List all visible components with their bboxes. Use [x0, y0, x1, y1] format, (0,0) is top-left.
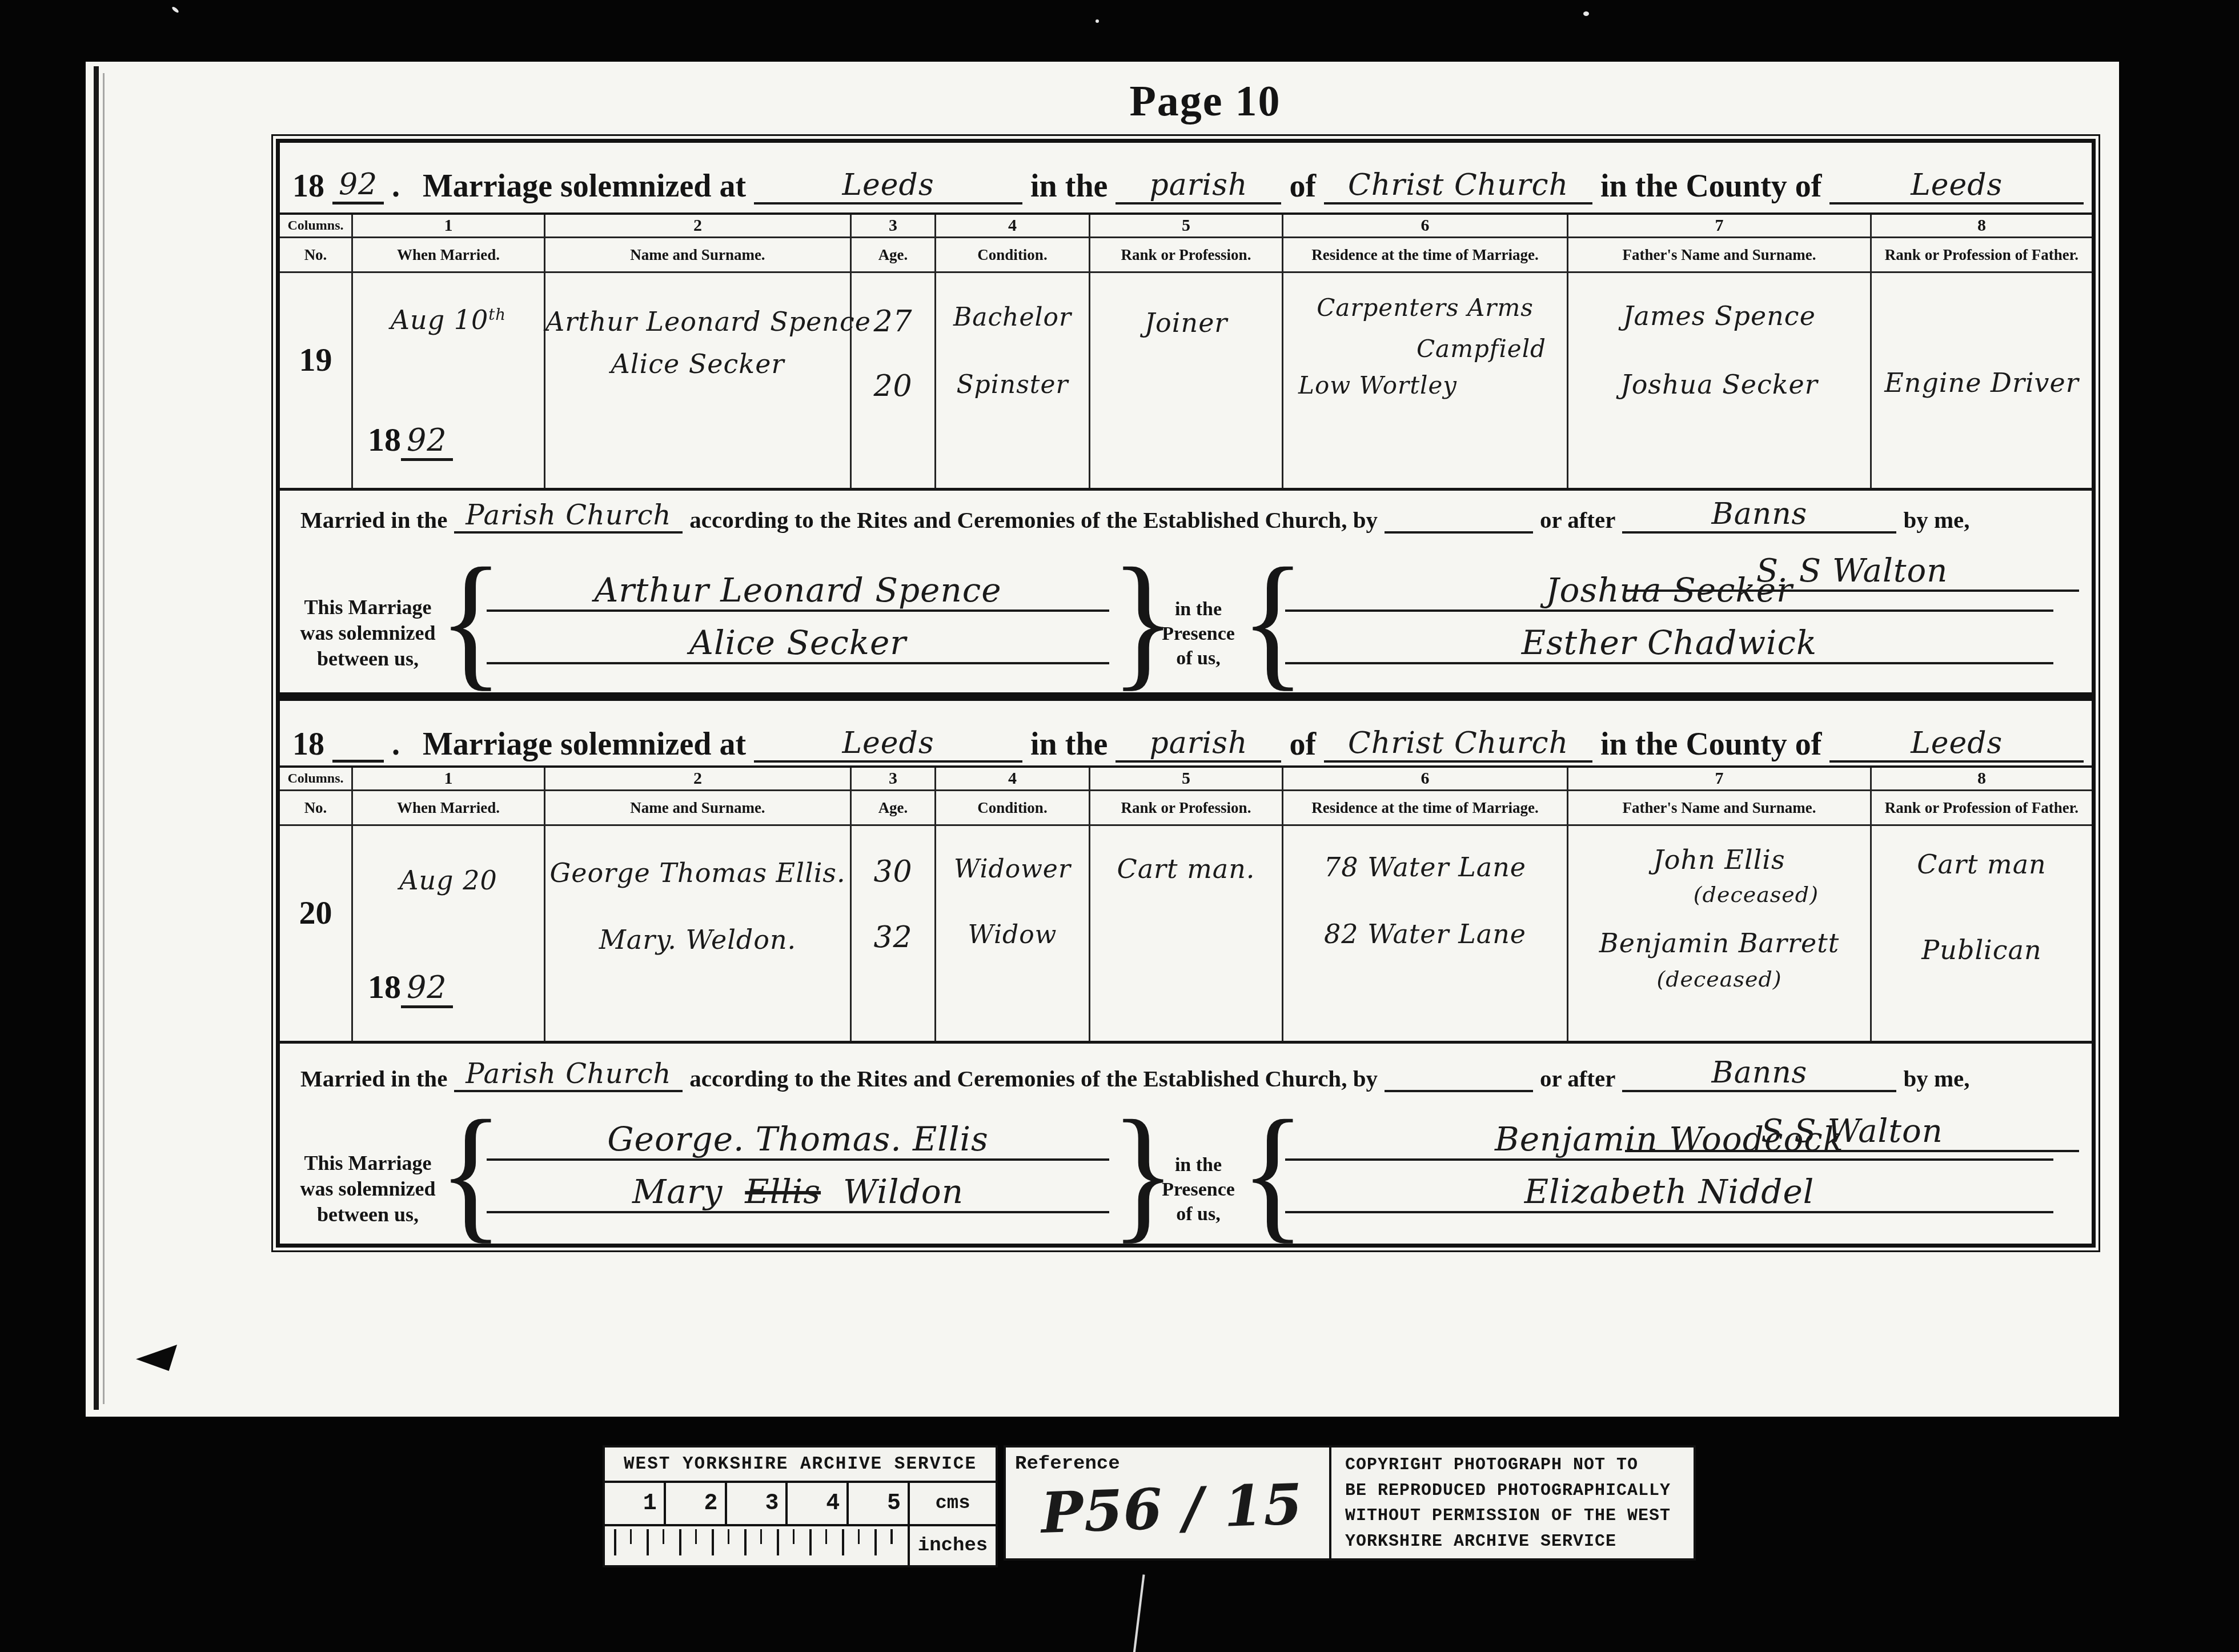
by-me-label: by me,: [1903, 506, 1969, 534]
entry2-church-line: Parish Church: [454, 1057, 683, 1092]
or-after-label-2: or after: [1540, 1065, 1615, 1092]
col-names-2: 2 Name and Surname. George Thomas Ellis.…: [544, 768, 850, 1041]
entry1-by-blank-line: [1385, 498, 1533, 534]
col-profession-2: 5 Rank or Profession. Cart man.: [1089, 768, 1282, 1041]
entry1-cell-year-printed: 18: [368, 421, 401, 458]
entry1-names-cell: Arthur Leonard Spence Alice Secker: [545, 273, 850, 488]
col-father-name: 7 Father's Name and Surname. James Spenc…: [1567, 215, 1870, 488]
entry1-marriage-date: Aug 10th: [353, 304, 544, 335]
scanned-photograph: Page 10 1892. Marriage solemnized at Lee…: [0, 0, 2239, 1652]
entry1-year-printed: 18: [292, 168, 324, 205]
entry2-marriage-date: Aug 20: [353, 865, 544, 896]
reference-copyright-box: Reference P56 / 15 COPYRIGHT PHOTOGRAPH …: [1004, 1445, 1696, 1561]
entry2-couple-signatures: George. Thomas. Ellis Mary Ellis Wildon: [487, 1112, 1109, 1213]
entry1-place: Leeds: [842, 168, 934, 202]
entry2-fathers-cell: John Ellis (deceased) Benjamin Barrett (…: [1568, 826, 1870, 1041]
entry2-residence-1: 78 Water Lane: [1283, 852, 1567, 883]
entry1-profession: Joiner: [1090, 307, 1282, 338]
cm-mark-4: 4: [788, 1483, 849, 1524]
col2-number: 2: [545, 215, 850, 238]
entry1-profession-cell: Joiner: [1090, 273, 1282, 488]
this-marriage-label: This Marriage was solemnized between us,: [295, 595, 441, 672]
archive-ruler-box: WEST YORKSHIRE ARCHIVE SERVICE 1 2 3 4 5…: [603, 1445, 998, 1567]
scan-speck: [1583, 11, 1589, 16]
entry1-cell-year-hand: 92: [401, 422, 453, 461]
entry1-bride-father: Joshua Secker: [1568, 369, 1870, 400]
entry2-bride-father: Benjamin Barrett: [1568, 928, 1870, 959]
entry2-groom-name: George Thomas Ellis.: [545, 857, 850, 888]
by-me-label-2: by me,: [1903, 1065, 1969, 1092]
col-father-profession: 8 Rank or Profession of Father. Engine D…: [1870, 215, 2092, 488]
presence-2-l3: of us,: [1155, 1202, 1242, 1226]
married-in-the-label-2: Married in the: [300, 1065, 447, 1092]
entry1-year-cell-line: 1892: [353, 420, 544, 459]
page-edge-mark: [136, 1345, 177, 1371]
entry2-residence-cell: 78 Water Lane 82 Water Lane: [1283, 826, 1567, 1041]
entry2-by-blank-line: [1385, 1057, 1533, 1092]
in-the-label-2: in the: [1030, 726, 1108, 763]
col6-number: 6: [1283, 215, 1567, 238]
marriage-register-table: 1892. Marriage solemnized at Leeds in th…: [276, 139, 2096, 1248]
entry2-bride-sig-struck: Ellis: [745, 1172, 821, 1211]
entry1-witness2-signature: Esther Chadwick: [1285, 612, 2053, 664]
col-when-married-label-2: When Married.: [353, 791, 544, 826]
col-no-label: No.: [280, 238, 351, 273]
copyright-line-1: COPYRIGHT PHOTOGRAPH NOT TO: [1345, 1455, 1694, 1475]
cm-scale-row: 1 2 3 4 5 cms: [605, 1483, 996, 1526]
in-the-label: in the: [1030, 168, 1108, 205]
col-names-label: Name and Surname.: [545, 238, 850, 273]
scan-speck: [1096, 19, 1099, 23]
col-when-married-2: 1 When Married. Aug 20 1892: [351, 768, 544, 1041]
entries-separator-rule: [276, 692, 2096, 701]
entry2-signature-block: This Marriage was solemnized between us,…: [280, 1108, 2092, 1222]
entry2-names-cell: George Thomas Ellis. Mary. Weldon.: [545, 826, 850, 1041]
entry1-groom-age: 27: [852, 304, 934, 339]
reference-panel: Reference P56 / 15: [1006, 1447, 1331, 1558]
entry2-groom-signature: George. Thomas. Ellis: [487, 1112, 1109, 1161]
film-scratch-line: [1133, 1574, 1145, 1652]
this-marriage-2-l2: was solemnized: [295, 1176, 441, 1202]
entry1-date-cell: Aug 10th 1892: [353, 273, 544, 488]
entry2-groom-father: John Ellis: [1568, 844, 1870, 875]
entry1-residence-cell: Carpenters Arms Campfield Low Wortley: [1283, 273, 1567, 488]
inch-scale-row: inches: [605, 1526, 996, 1565]
col-names-label-2: Name and Surname.: [545, 791, 850, 826]
entry1-parish-line: Christ Church: [1324, 168, 1592, 205]
entry2-year-period: .: [392, 726, 400, 763]
inch-ruler-ticks: [605, 1526, 910, 1565]
col-no-2: Columns. No. 20: [280, 768, 351, 1041]
entry2-groom-age: 30: [852, 855, 934, 889]
entry2-profession: Cart man.: [1090, 853, 1282, 884]
married-in-the-label: Married in the: [300, 506, 447, 534]
col8-number: 8: [1872, 215, 2092, 238]
entry1-banns-line: Banns: [1622, 497, 1896, 534]
entry2-residence-2: 82 Water Lane: [1283, 919, 1567, 949]
entry1-year-period: .: [392, 168, 400, 205]
entry2-groom-condition: Widower: [936, 855, 1089, 884]
entry1-parish: Christ Church: [1348, 168, 1568, 202]
col4-number-2: 4: [936, 768, 1089, 791]
entry2-columns-grid: Columns. No. 20 1 When Married. Aug 20 1…: [280, 765, 2092, 1044]
entry1-fathers-cell: James Spence Joshua Secker: [1568, 273, 1870, 488]
entry2-place: Leeds: [842, 726, 934, 760]
col-father-name-2: 7 Father's Name and Surname. John Ellis …: [1567, 768, 1870, 1041]
marriage-solemnized-label: Marriage solemnized at: [423, 168, 746, 205]
copyright-line-3: WITHOUT PERMISSION OF THE WEST: [1345, 1506, 1694, 1526]
col-profession-label: Rank or Profession.: [1090, 238, 1282, 273]
entry2-bride-signature: Mary Ellis Wildon: [487, 1161, 1109, 1213]
this-marriage-2-l1: This Marriage: [295, 1150, 441, 1176]
col-no: Columns. No. 19: [280, 215, 351, 488]
this-marriage-label-2: This Marriage was solemnized between us,: [295, 1150, 441, 1228]
entry1-church: Parish Church: [466, 499, 671, 531]
col2-number-2: 2: [545, 768, 850, 791]
entry2-ages-cell: 30 32: [852, 826, 934, 1041]
entry2-bride-sig-last: Wildon: [843, 1172, 964, 1211]
entry1-no: 19: [280, 340, 351, 379]
entry2-year-hand: [332, 760, 384, 763]
col5-number-2: 5: [1090, 768, 1282, 791]
entry1-witness1-signature: Joshua Secker: [1285, 563, 2053, 612]
entry1-county: Leeds: [1911, 168, 2003, 202]
this-marriage-l2: was solemnized: [295, 620, 441, 646]
col-when-married-label: When Married.: [353, 238, 544, 273]
entry1-groom-father: James Spence: [1568, 300, 1870, 331]
according-clause-label-2: according to the Rites and Ceremonies of…: [689, 1065, 1378, 1092]
entry2-parish-word-line: parish: [1116, 726, 1281, 763]
entry2-year-printed: 18: [292, 726, 324, 763]
col-condition: 4 Condition. Bachelor Spinster: [934, 215, 1089, 488]
entry2-witness2-signature: Elizabeth Niddel: [1285, 1161, 2053, 1213]
entry2-parish-word: parish: [1149, 726, 1247, 760]
entry1-bride-age: 20: [852, 369, 934, 403]
of-label: of: [1289, 168, 1316, 205]
col4-number: 4: [936, 215, 1089, 238]
of-label-2: of: [1289, 726, 1316, 763]
entry2-cell-year-printed: 18: [368, 968, 401, 1005]
entry1-header-line: 1892. Marriage solemnized at Leeds in th…: [292, 147, 2084, 205]
entry1-parish-word-line: parish: [1116, 168, 1281, 205]
entry2-banns-line: Banns: [1622, 1056, 1896, 1092]
entry1-county-line: Leeds: [1829, 168, 2084, 205]
marriage-solemnized-label-2: Marriage solemnized at: [423, 726, 746, 763]
columns-corner-label-2: Columns.: [280, 768, 351, 791]
entry2-father-prof-cell: Cart man Publican: [1872, 826, 2092, 1041]
entry2-groom-father-note: (deceased): [1568, 882, 1870, 907]
entry2-ceremony-line: Married in the Parish Church according t…: [300, 1044, 2084, 1092]
col-father-name-label: Father's Name and Surname.: [1568, 238, 1870, 273]
entry1-banns: Banns: [1711, 497, 1807, 531]
col-condition-2: 4 Condition. Widower Widow: [934, 768, 1089, 1041]
scan-speck: [171, 6, 180, 14]
entry2-condition-cell: Widower Widow: [936, 826, 1089, 1041]
copyright-line-4: YORKSHIRE ARCHIVE SERVICE: [1345, 1532, 1694, 1551]
copyright-line-2: BE REPRODUCED PHOTOGRAPHICALLY: [1345, 1481, 1694, 1501]
archive-service-title: WEST YORKSHIRE ARCHIVE SERVICE: [605, 1447, 996, 1483]
col-age: 3 Age. 27 20: [850, 215, 934, 488]
entry1-place-line: Leeds: [754, 168, 1022, 205]
entry2-header-line: 18. Marriage solemnized at Leeds in the …: [292, 705, 2084, 763]
copyright-panel: COPYRIGHT PHOTOGRAPH NOT TO BE REPRODUCE…: [1331, 1447, 1694, 1558]
entry2-groom-father-profession: Cart man: [1872, 849, 2092, 880]
entry2-county: Leeds: [1911, 726, 2003, 760]
inches-unit-label: inches: [910, 1526, 996, 1565]
col8-number-2: 8: [1872, 768, 2092, 791]
cm-mark-1: 1: [605, 1483, 666, 1524]
entry1-signature-block: This Marriage was solemnized between us,…: [280, 563, 2092, 677]
entry2-parish-line: Christ Church: [1324, 726, 1592, 763]
in-county-of-label-2: in the County of: [1600, 726, 1821, 763]
entry1-ages-cell: 27 20: [852, 273, 934, 488]
entry2-church: Parish Church: [466, 1058, 671, 1090]
entry1-bride-father-profession: Engine Driver: [1872, 367, 2092, 398]
presence-label-2: in the Presence of us,: [1155, 1153, 1242, 1226]
or-after-label: or after: [1540, 506, 1615, 534]
this-marriage-2-l3: between us,: [295, 1202, 441, 1228]
entry1-couple-signatures: Arthur Leonard Spence Alice Secker: [487, 563, 1109, 664]
cm-mark-5: 5: [849, 1483, 910, 1524]
col-father-name-label-2: Father's Name and Surname.: [1568, 791, 1870, 826]
entry2-bride-father-profession: Publican: [1872, 935, 2092, 965]
entry2-bride-name: Mary. Weldon.: [545, 924, 850, 955]
cm-mark-2: 2: [666, 1483, 727, 1524]
entry1-groom-condition: Bachelor: [936, 303, 1089, 332]
entry2-profession-cell: Cart man.: [1090, 826, 1282, 1041]
col-age-2: 3 Age. 30 32: [850, 768, 934, 1041]
entry2-witness-signatures: Benjamin Woodcock Elizabeth Niddel: [1285, 1112, 2053, 1213]
entry1-residence-3: Low Wortley: [1283, 371, 1567, 399]
entry1-bride-signature: Alice Secker: [487, 612, 1109, 664]
entry1-day: Aug 10: [391, 304, 488, 335]
book-binding-edge-thin: [103, 73, 105, 1404]
entry2-no-cell: 20: [280, 826, 351, 1041]
entry1-ceremony-line: Married in the Parish Church according t…: [300, 486, 2084, 534]
col5-number: 5: [1090, 215, 1282, 238]
presence-2-l1: in the: [1155, 1153, 1242, 1177]
entry1-witness-signatures: Joshua Secker Esther Chadwick: [1285, 563, 2053, 664]
col-condition-label-2: Condition.: [936, 791, 1089, 826]
entry1-bride-condition: Spinster: [936, 370, 1089, 399]
entry2-bride-age: 32: [852, 920, 934, 955]
col-residence-label: Residence at the time of Marriage.: [1283, 238, 1567, 273]
col-condition-label: Condition.: [936, 238, 1089, 273]
col-father-profession-label: Rank or Profession of Father.: [1872, 238, 2092, 273]
entry1-no-cell: 19: [280, 273, 351, 488]
entry2-date-cell: Aug 20 1892: [353, 826, 544, 1041]
entry2-banns: Banns: [1711, 1056, 1807, 1090]
col-age-label: Age.: [852, 238, 934, 273]
presence-label: in the Presence of us,: [1155, 597, 1242, 671]
entry1-father-prof-cell: Engine Driver: [1872, 273, 2092, 488]
entry1-day-suffix: th: [488, 305, 506, 324]
entry2-county-line: Leeds: [1829, 726, 2084, 763]
col6-number-2: 6: [1283, 768, 1567, 791]
entry2-parish: Christ Church: [1348, 726, 1568, 760]
entry1-parish-word: parish: [1149, 168, 1247, 202]
entry2-no: 20: [280, 893, 351, 932]
entry2-bride-condition: Widow: [936, 920, 1089, 949]
entry1-columns-grid: Columns. No. 19 1 When Married. Aug 10th…: [280, 212, 2092, 491]
entry2-witness1-signature: Benjamin Woodcock: [1285, 1112, 2053, 1161]
entry1-bride-name: Alice Secker: [545, 348, 850, 379]
cm-mark-3: 3: [727, 1483, 788, 1524]
this-marriage-l3: between us,: [295, 646, 441, 672]
reference-number: P56 / 15: [1014, 1470, 1330, 1547]
entry2-bride-father-note: (deceased): [1568, 967, 1870, 992]
col-residence: 6 Residence at the time of Marriage. Car…: [1282, 215, 1567, 488]
entry1-church-line: Parish Church: [454, 498, 683, 534]
presence-l1: in the: [1155, 597, 1242, 621]
col-father-profession-2: 8 Rank or Profession of Father. Cart man…: [1870, 768, 2092, 1041]
entry2-bride-sig-first: Mary: [632, 1172, 723, 1211]
entry2-place-line: Leeds: [754, 726, 1022, 763]
col-profession-label-2: Rank or Profession.: [1090, 791, 1282, 826]
columns-corner-label: Columns.: [280, 215, 351, 238]
entry1-residence-2: Campfield: [1283, 335, 1567, 363]
entry1-groom-name: Arthur Leonard Spence: [545, 306, 850, 337]
col-when-married: 1 When Married. Aug 10th 1892: [351, 215, 544, 488]
col-profession: 5 Rank or Profession. Joiner: [1089, 215, 1282, 488]
entry1-year-hand: 92: [332, 167, 384, 205]
col-age-label-2: Age.: [852, 791, 934, 826]
col7-number-2: 7: [1568, 768, 1870, 791]
col-residence-label-2: Residence at the time of Marriage.: [1283, 791, 1567, 826]
entry1-residence-1: Carpenters Arms: [1283, 294, 1567, 322]
in-county-of-label: in the County of: [1600, 168, 1821, 205]
presence-l2: Presence: [1155, 621, 1242, 646]
this-marriage-l1: This Marriage: [295, 595, 441, 620]
col1-number: 1: [353, 215, 544, 238]
col1-number-2: 1: [353, 768, 544, 791]
page-number: Page 10: [1074, 77, 1337, 126]
according-clause-label: according to the Rites and Ceremonies of…: [689, 506, 1378, 534]
col3-number-2: 3: [852, 768, 934, 791]
col-residence-2: 6 Residence at the time of Marriage. 78 …: [1282, 768, 1567, 1041]
col-no-label-2: No.: [280, 791, 351, 826]
entry2-year-cell-line: 1892: [353, 968, 544, 1006]
presence-2-l2: Presence: [1155, 1177, 1242, 1202]
register-page: Page 10 1892. Marriage solemnized at Lee…: [86, 62, 2119, 1417]
col3-number: 3: [852, 215, 934, 238]
col-names: 2 Name and Surname. Arthur Leonard Spenc…: [544, 215, 850, 488]
col-father-profession-label-2: Rank or Profession of Father.: [1872, 791, 2092, 826]
presence-l3: of us,: [1155, 646, 1242, 671]
entry1-condition-cell: Bachelor Spinster: [936, 273, 1089, 488]
cms-unit-label: cms: [910, 1483, 996, 1524]
book-binding-edge: [94, 66, 99, 1410]
col7-number: 7: [1568, 215, 1870, 238]
entry1-groom-signature: Arthur Leonard Spence: [487, 563, 1109, 612]
entry2-cell-year-hand: 92: [401, 969, 453, 1008]
